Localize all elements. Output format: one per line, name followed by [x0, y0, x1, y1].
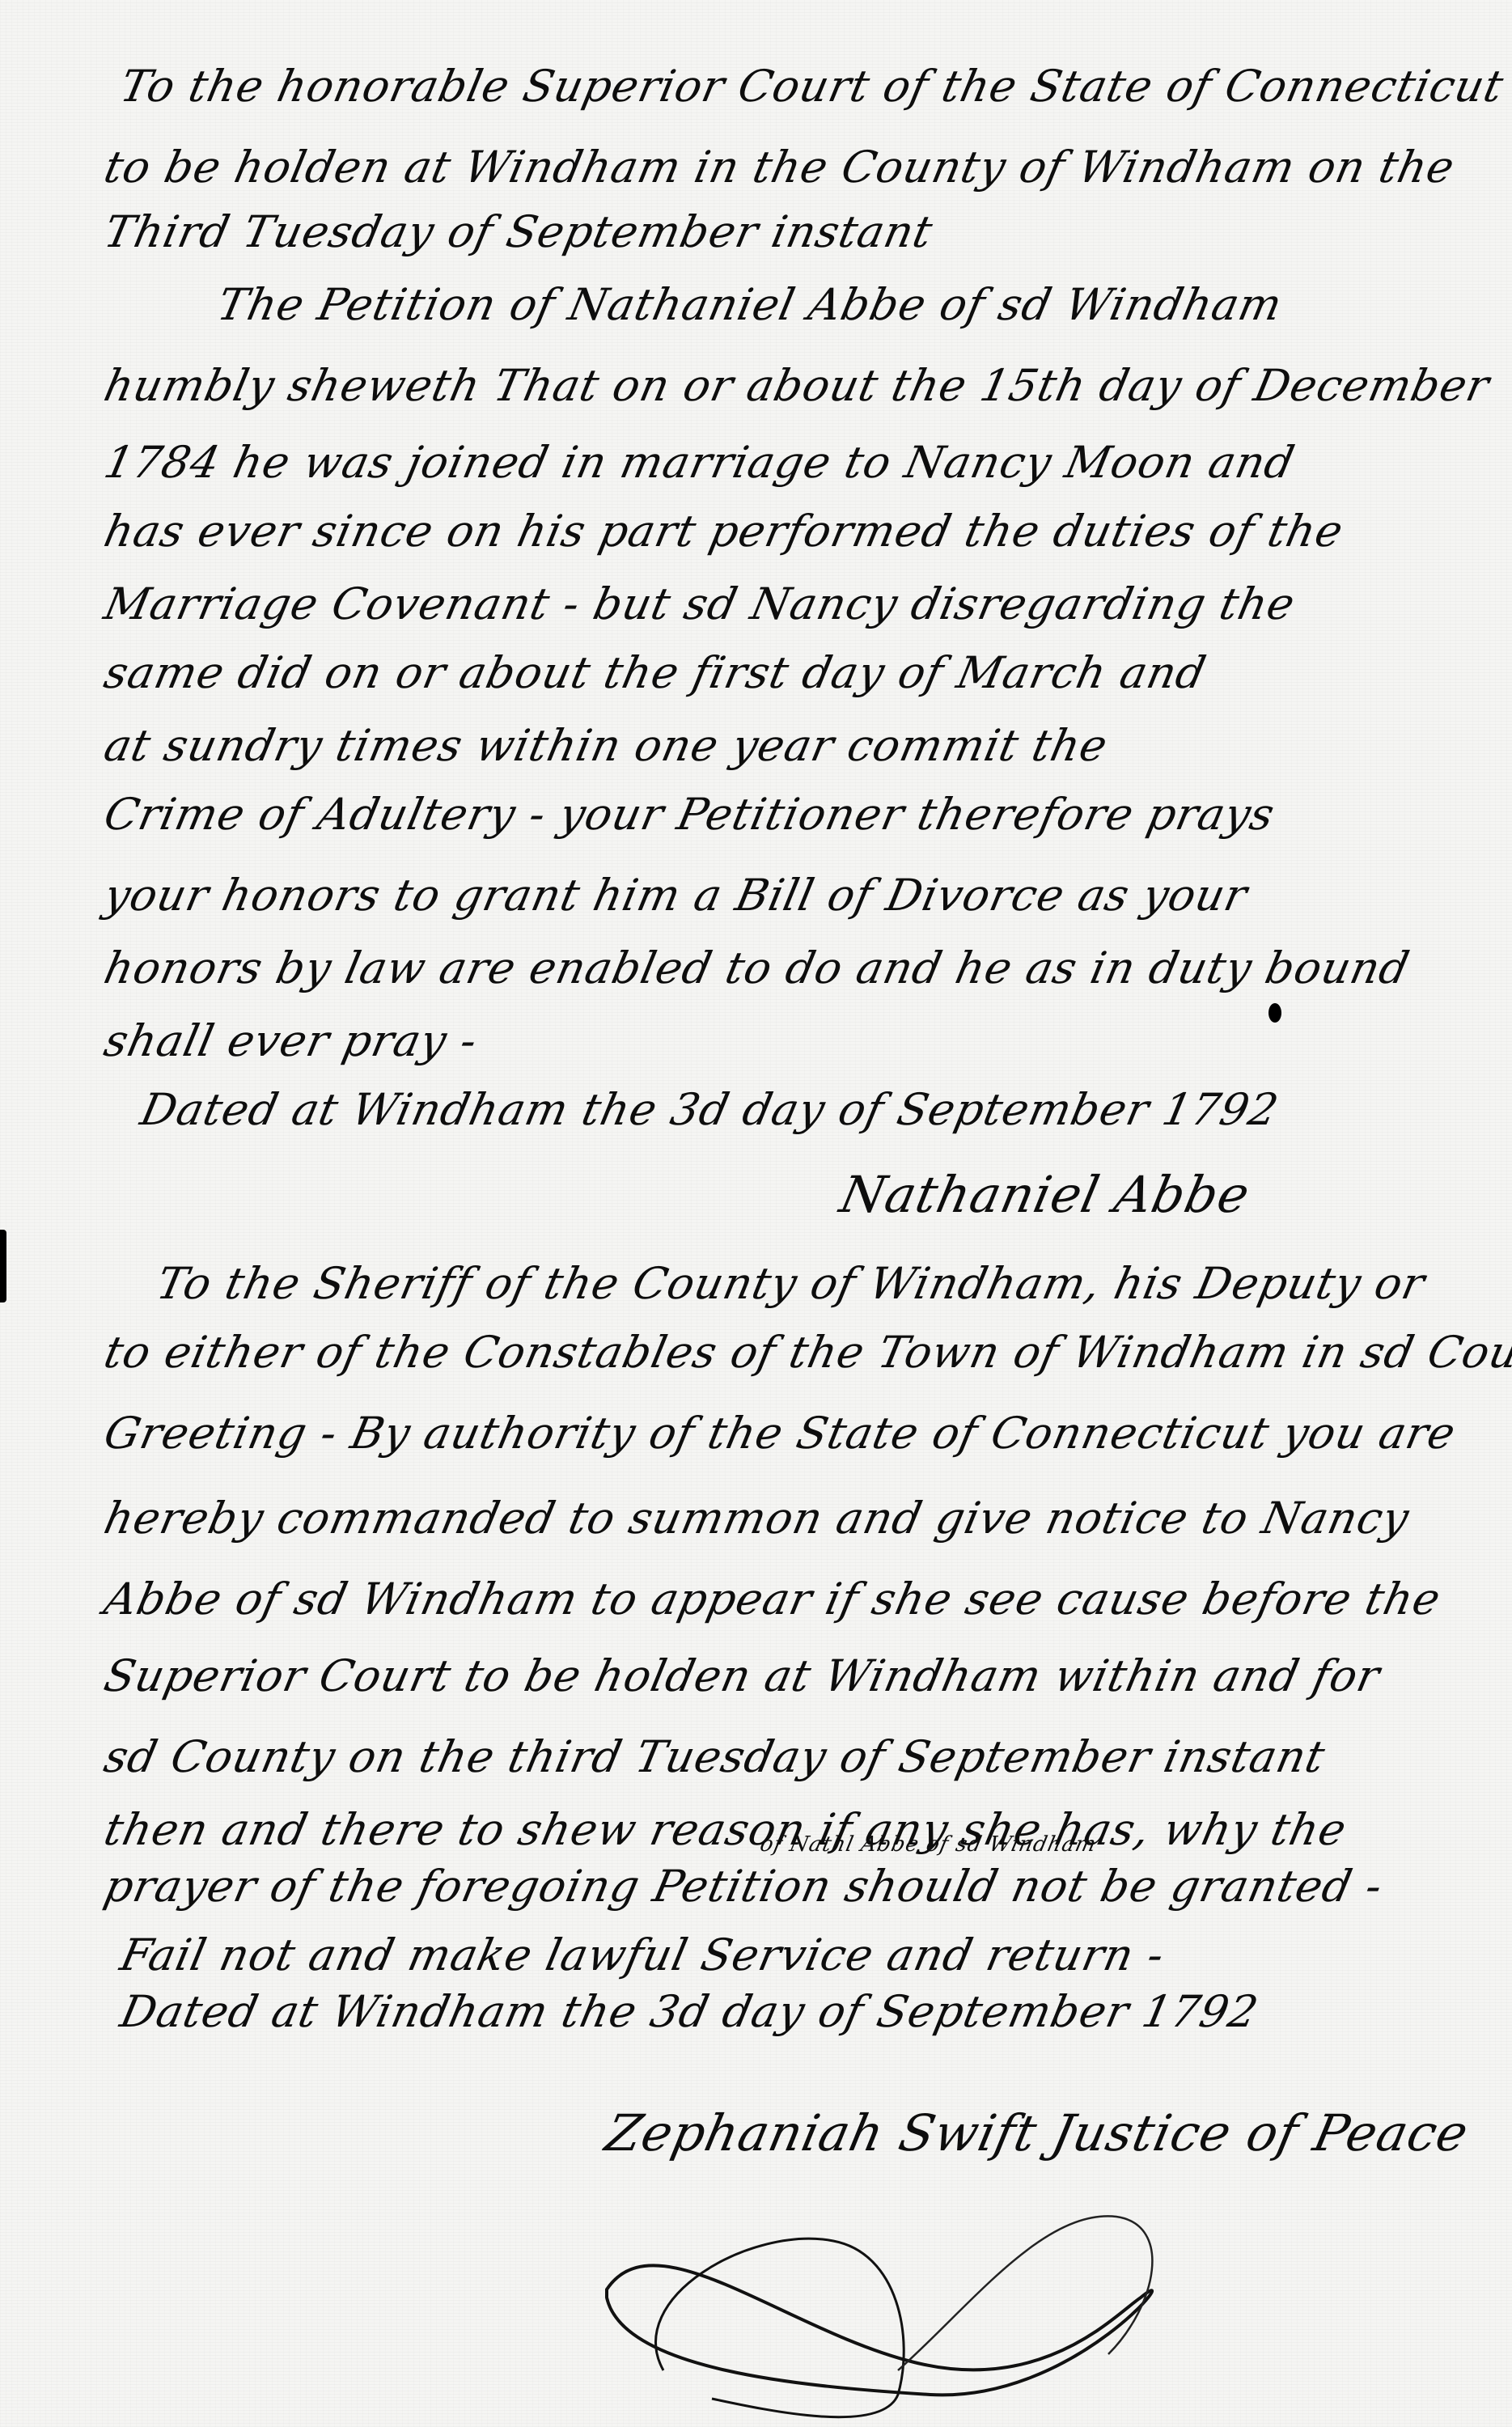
petition-line: Crime of Adultery - your Petitioner ther… — [100, 789, 1279, 840]
signature-flourish-icon — [591, 2209, 1400, 2419]
address-line: To the honorable Superior Court of the S… — [116, 61, 1508, 112]
summons-line: Abbe of sd Windham to appear if she see … — [100, 1574, 1445, 1624]
petition-date: Dated at Windham the 3d day of September… — [136, 1084, 1283, 1135]
justice-signature: Zephaniah Swift Justice of Peace — [600, 2103, 1474, 2162]
petition-line: has ever since on his part performed the… — [100, 506, 1348, 557]
ink-blot — [1268, 1003, 1281, 1023]
petition-line: same did on or about the first day of Ma… — [100, 647, 1210, 698]
summons-line: sd County on the third Tuesday of Septem… — [100, 1731, 1330, 1782]
address-line: to be holden at Windham in the County of… — [100, 142, 1459, 193]
scanned-document-page: To the honorable Superior Court of the S… — [0, 0, 1512, 2427]
summons-line: Fail not and make lawful Service and ret… — [116, 1929, 1169, 1980]
summons-line: Greeting - By authority of the State of … — [100, 1408, 1460, 1459]
left-edge-mark — [0, 1230, 6, 1302]
summons-line: to either of the Constables of the Town … — [100, 1327, 1512, 1378]
petition-line: your honors to grant him a Bill of Divor… — [100, 870, 1252, 921]
summons-line: Superior Court to be holden at Windham w… — [100, 1650, 1384, 1701]
summons-line: hereby commanded to summon and give noti… — [100, 1493, 1413, 1544]
summons-line: prayer of the foregoing Petition should … — [100, 1861, 1387, 1912]
petition-line: 1784 he was joined in marriage to Nancy … — [100, 437, 1299, 488]
petition-line: at sundry times within one year commit t… — [100, 720, 1112, 771]
petition-line: humbly sheweth That on or about the 15th… — [100, 360, 1494, 411]
summons-line: then and there to shew reason if any she… — [100, 1804, 1351, 1855]
petition-line: The Petition of Nathaniel Abbe of sd Win… — [213, 279, 1287, 330]
petitioner-signature: Nathaniel Abbe — [835, 1165, 1255, 1224]
address-line: Third Tuesday of September instant — [100, 206, 938, 257]
petition-line: shall ever pray - — [100, 1015, 482, 1066]
summons-line: To the Sheriff of the County of Windham,… — [152, 1258, 1429, 1309]
summons-insertion: of Nathl Abbe of sd Windham — [758, 1832, 1099, 1857]
summons-date: Dated at Windham the 3d day of September… — [116, 1986, 1263, 2037]
petition-line: Marriage Covenant - but sd Nancy disrega… — [100, 578, 1299, 629]
petition-line: honors by law are enabled to do and he a… — [100, 942, 1414, 993]
